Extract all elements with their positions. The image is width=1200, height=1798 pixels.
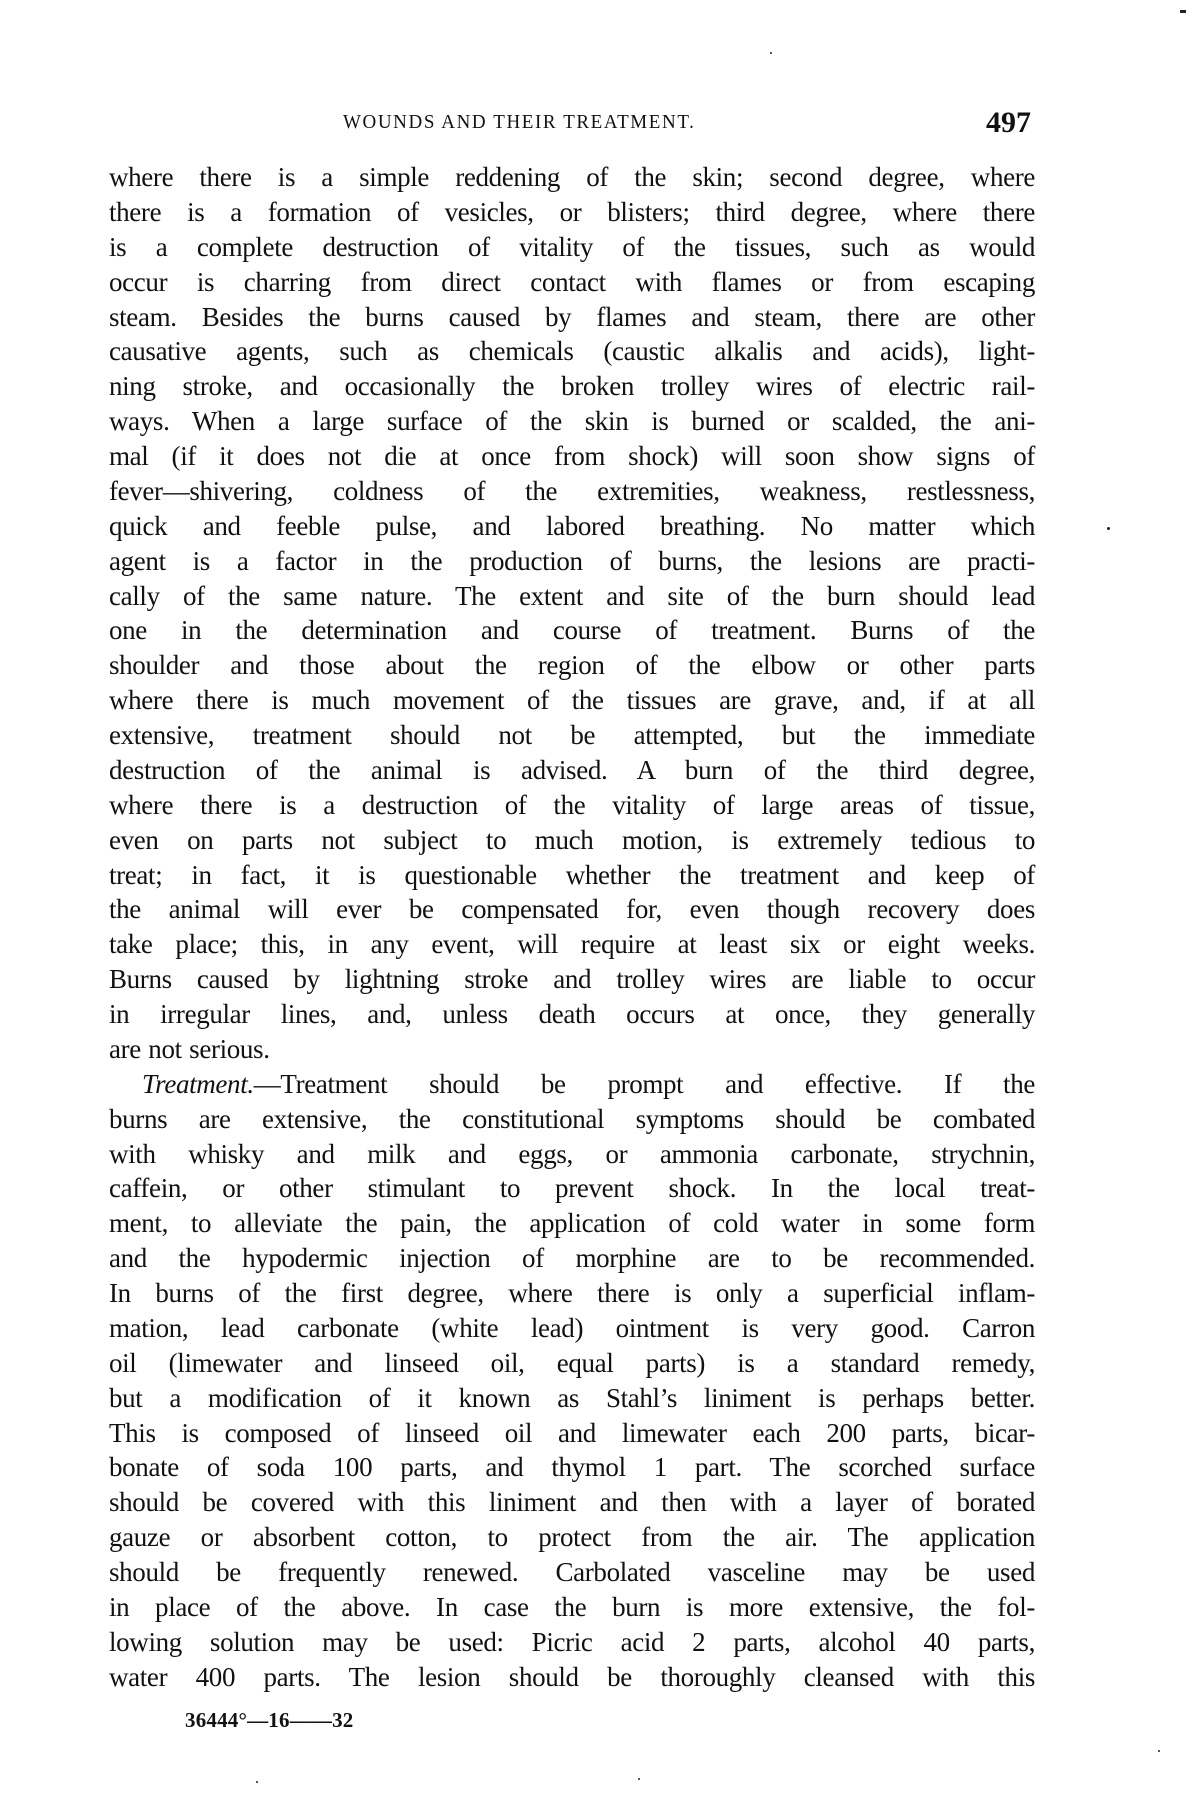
text-line: is a complete destruction of vitality of… [109, 230, 1035, 265]
page-number: 497 [986, 106, 1031, 140]
text-line: treat; in fact, it is questionable wheth… [109, 858, 1035, 893]
document-page: WOUNDS AND THEIR TREATMENT. 497 where th… [0, 0, 1200, 1798]
running-head-title: WOUNDS AND THEIR TREATMENT. [343, 111, 695, 134]
text-line: where there is a simple reddening of the… [109, 160, 1035, 195]
text-line: but a modification of it known as Stahl’… [109, 1381, 1035, 1416]
scan-speck [1158, 1750, 1160, 1752]
text-line: fever—shivering, coldness of the extremi… [109, 474, 1035, 509]
text-line: ning stroke, and occasionally the broken… [109, 369, 1035, 404]
text-line: steam. Besides the burns caused by flame… [109, 300, 1035, 335]
text-line: caffein, or other stimulant to prevent s… [109, 1171, 1035, 1206]
text-line: This is composed of linseed oil and lime… [109, 1416, 1035, 1451]
body-text: where there is a simple reddening of the… [109, 160, 1035, 1695]
text-line: Burns caused by lightning stroke and tro… [109, 962, 1035, 997]
text-line: bonate of soda 100 parts, and thymol 1 p… [109, 1450, 1035, 1485]
text-line: mal (if it does not die at once from sho… [109, 439, 1035, 474]
text-line: lowing solution may be used: Picric acid… [109, 1625, 1035, 1660]
text-line: cally of the same nature. The extent and… [109, 579, 1035, 614]
scan-speck [1180, 10, 1186, 13]
text-line: and the hypodermic injection of morphine… [109, 1241, 1035, 1276]
text-line: In burns of the first degree, where ther… [109, 1276, 1035, 1311]
text-line: in place of the above. In case the burn … [109, 1590, 1035, 1625]
text-line: should be frequently renewed. Carbolated… [109, 1555, 1035, 1590]
text-line: with whisky and milk and eggs, or ammoni… [109, 1137, 1035, 1172]
text-line: are not serious. [109, 1032, 1035, 1067]
text-line: ways. When a large surface of the skin i… [109, 404, 1035, 439]
text-line: take place; this, in any event, will req… [109, 927, 1035, 962]
text-line: where there is a destruction of the vita… [109, 788, 1035, 823]
printer-signature-mark: 36444°—16——32 [185, 1708, 354, 1733]
text-line: gauze or absorbent cotton, to protect fr… [109, 1520, 1035, 1555]
text-line: should be covered with this liniment and… [109, 1485, 1035, 1520]
text-line: causative agents, such as chemicals (cau… [109, 334, 1035, 369]
text-line: one in the determination and course of t… [109, 613, 1035, 648]
paragraph-1: where there is a simple reddening of the… [109, 160, 1035, 1067]
text-line: occur is charring from direct contact wi… [109, 265, 1035, 300]
scan-speck [1107, 527, 1110, 530]
section-lead-in: Treatment. [142, 1069, 254, 1099]
text-line: extensive, treatment should not be attem… [109, 718, 1035, 753]
scan-speck [638, 1778, 640, 1780]
scan-speck [256, 1781, 258, 1783]
scan-speck [770, 52, 772, 54]
text-line: oil (limewater and linseed oil, equal pa… [109, 1346, 1035, 1381]
text-line: mation, lead carbonate (white lead) oint… [109, 1311, 1035, 1346]
text-line: water 400 parts. The lesion should be th… [109, 1660, 1035, 1695]
text-line: where there is much movement of the tiss… [109, 683, 1035, 718]
text-line-lead: Treatment.—Treatment should be prompt an… [109, 1067, 1035, 1102]
text-line: there is a formation of vesicles, or bli… [109, 195, 1035, 230]
text-line: even on parts not subject to much motion… [109, 823, 1035, 858]
text-line: agent is a factor in the production of b… [109, 544, 1035, 579]
paragraph-2: Treatment.—Treatment should be prompt an… [109, 1067, 1035, 1695]
text-line: burns are extensive, the constitutional … [109, 1102, 1035, 1137]
text-line: in irregular lines, and, unless death oc… [109, 997, 1035, 1032]
text-line: quick and feeble pulse, and labored brea… [109, 509, 1035, 544]
text-line: ment, to alleviate the pain, the applica… [109, 1206, 1035, 1241]
text-line: the animal will ever be compensated for,… [109, 892, 1035, 927]
text-line: destruction of the animal is advised. A … [109, 753, 1035, 788]
text-line: shoulder and those about the region of t… [109, 648, 1035, 683]
lead-line-rest: —Treatment should be prompt and effectiv… [254, 1069, 1035, 1099]
